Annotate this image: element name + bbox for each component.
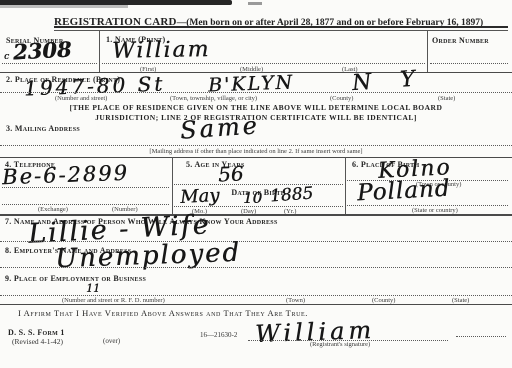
- dob-day-value: 10: [243, 189, 262, 207]
- birthplace-country-underline: [347, 205, 508, 206]
- mailing-underline: [0, 145, 512, 146]
- row7-bottom-rule: [0, 304, 512, 305]
- mailing-sub: [Mailing address if other than place ind…: [0, 148, 512, 155]
- divider-telephone-age: [172, 157, 173, 214]
- birthplace-country-value: Polland: [356, 176, 451, 207]
- scan-artifact-smudge: [0, 5, 128, 8]
- residence-sub-county: (County): [330, 95, 353, 102]
- age-underline: [174, 184, 343, 185]
- title-rule-heavy: [54, 26, 508, 28]
- age-value: 56: [217, 161, 244, 186]
- order-underline: [430, 63, 508, 64]
- employment-label: 9. Place of Employment or Business: [5, 274, 146, 283]
- footer-right-dash: [456, 336, 506, 337]
- employment-mark: 11: [86, 282, 100, 295]
- serial-prefix-mark: c: [4, 52, 9, 62]
- employment-underline: [0, 295, 512, 296]
- scan-artifact-blob: [248, 2, 262, 5]
- telephone-value: Be-6-2899: [2, 161, 130, 189]
- dob-month-value: May: [179, 185, 219, 208]
- residence-underline: [0, 92, 512, 93]
- employment-sub-town: (Town): [286, 297, 305, 304]
- employer-underline: [0, 267, 512, 268]
- over-note: (over): [103, 337, 120, 345]
- registration-card: REGISTRATION CARD—(Men born on or after …: [0, 0, 512, 368]
- serial-number-value: 2308: [12, 36, 72, 64]
- dob-year-value: 1885: [269, 184, 314, 207]
- employment-sub-state: (State): [452, 297, 469, 304]
- telephone-sub-number: (Number): [112, 206, 138, 213]
- mailing-label: 3. Mailing Address: [6, 124, 80, 133]
- contact-underline: [0, 241, 512, 242]
- form-revision: (Revised 4-1-42): [12, 337, 63, 346]
- affirmation-text: I Affirm That I Have Verified Above Answ…: [18, 308, 308, 318]
- title-rule-thin: [54, 30, 508, 31]
- employment-sub-street: (Number and street or R. F. D. number): [62, 297, 165, 304]
- name-value: William: [112, 37, 211, 64]
- telephone-underline: [2, 187, 169, 188]
- name-underline: [102, 63, 425, 64]
- print-code: 16—21630-2: [200, 331, 237, 339]
- residence-sub-town: (Town, township, village, or city): [170, 95, 257, 102]
- employer-value: Unemployed: [55, 238, 242, 274]
- residence-sub-state: (State): [438, 95, 455, 102]
- employment-sub-county: (County): [372, 297, 395, 304]
- form-number: D. S. S. Form 1: [8, 328, 65, 337]
- divider-name-order: [427, 31, 428, 72]
- signature-sub: (Registrant's signature): [310, 341, 370, 348]
- mailing-value: Same: [179, 111, 260, 144]
- dob-underline: [174, 206, 343, 207]
- birthplace-country-sub: (State or country): [412, 207, 458, 214]
- telephone-sub-rule: [2, 204, 169, 205]
- telephone-sub-exchange: (Exchange): [38, 206, 68, 213]
- divider-age-birthplace: [345, 157, 346, 214]
- serial-underline: [2, 63, 97, 64]
- divider-serial-name: [99, 31, 100, 72]
- residence-sub-street: (Number and street): [55, 95, 107, 102]
- order-number-label: Order Number: [432, 36, 489, 45]
